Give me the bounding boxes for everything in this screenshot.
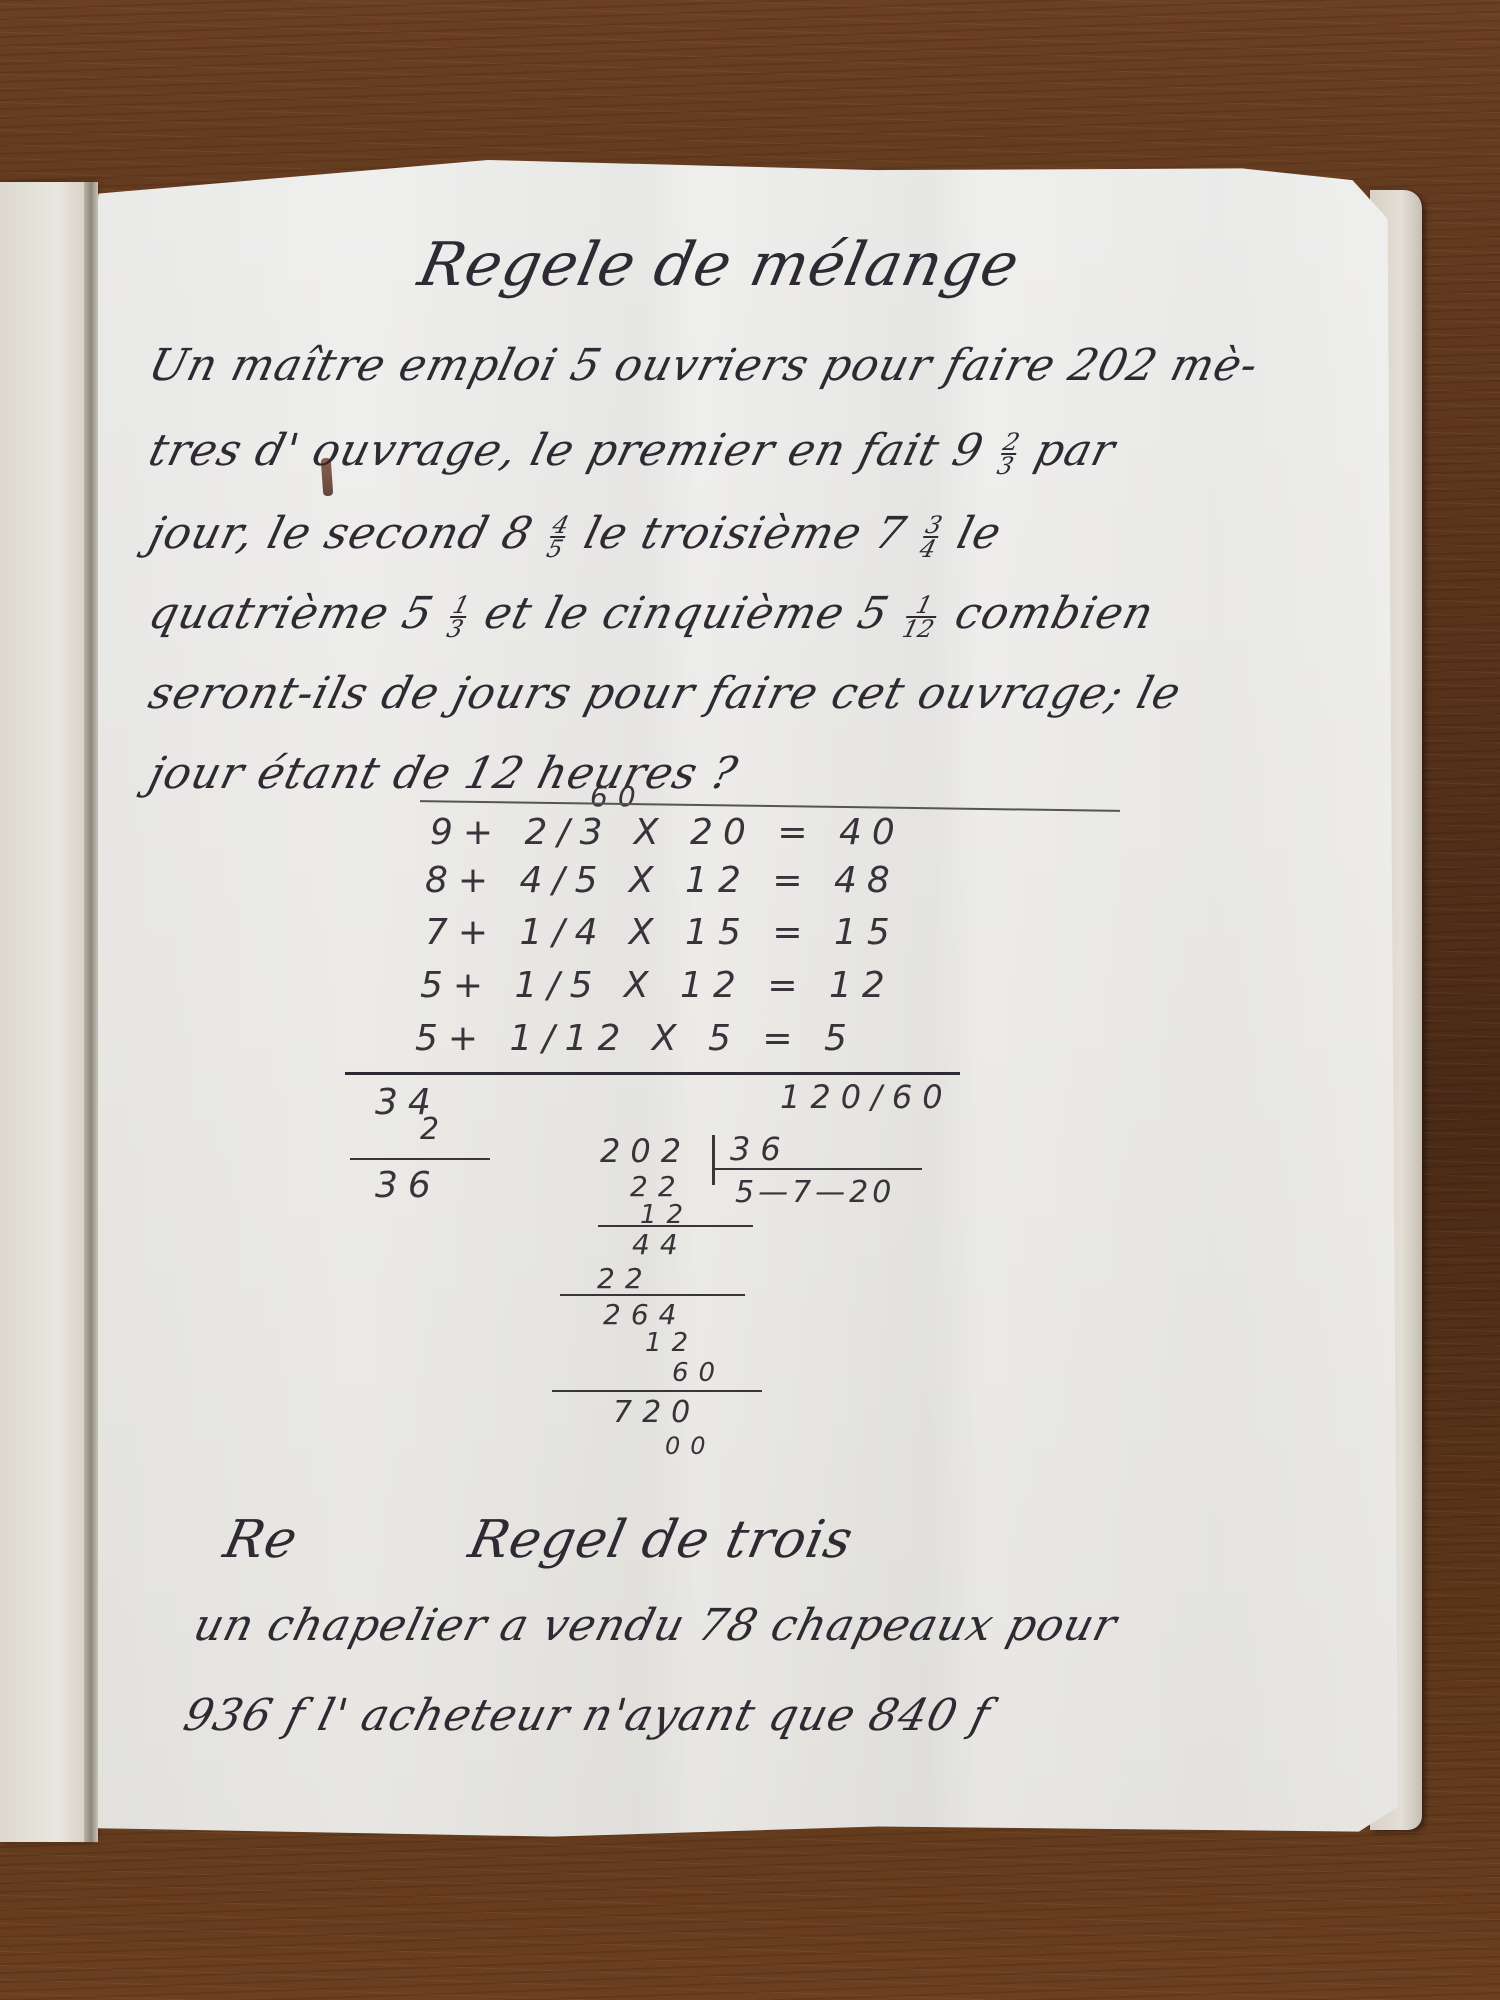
division-line: [598, 1225, 753, 1227]
problem-line-5: seront-ils de jours pour faire cet ouvra…: [144, 668, 1187, 719]
fraction: 112: [900, 594, 942, 640]
fraction: 23: [995, 431, 1022, 477]
problem-line-2: tres d' ouvrage, le premier en fait 9 23…: [144, 425, 1121, 477]
left-page-edge: [0, 182, 96, 1842]
calc-row-5: 5+ 1/12 X 5 = 5: [415, 1018, 857, 1059]
division-divisor: 36: [730, 1130, 791, 1168]
fraction: 34: [918, 514, 945, 560]
lcd-note: 60: [590, 780, 646, 813]
carry: 2: [420, 1112, 449, 1147]
notebook-binding: [84, 182, 98, 1842]
sum-fraction: 120/60: [780, 1078, 953, 1116]
total-whole: 36: [375, 1165, 441, 1206]
total-line: [350, 1158, 490, 1160]
division-line: [560, 1294, 745, 1296]
division-step: 22: [630, 1170, 686, 1203]
problem-line-3: jour, le second 8 45 le troisième 7 34 l…: [144, 508, 1007, 560]
problem-line-4: quatrième 5 13 et le cinquième 5 112 com…: [144, 588, 1160, 640]
division-step: 22: [597, 1262, 653, 1295]
division-quotient: 5—7—20: [735, 1175, 895, 1210]
division-bracket-vertical: [712, 1135, 715, 1185]
problem-line-1: Un maître emploi 5 ouvriers pour faire 2…: [144, 340, 1264, 391]
calc-row-2: 8+ 4/5 X 12 = 48: [425, 860, 900, 901]
fraction: 45: [545, 514, 572, 560]
problem-line-6: jour étant de 12 heures ?: [144, 748, 743, 799]
calc-row-4: 5+ 1/5 X 12 = 12: [420, 965, 895, 1006]
sum-line: [345, 1072, 960, 1075]
section-title-trois: Regel de trois: [464, 1510, 859, 1570]
division-step: 60: [672, 1358, 725, 1388]
calc-row-1: 9+ 2/3 X 20 = 40: [430, 812, 905, 853]
calc-row-3: 7+ 1/4 X 15 = 15: [425, 912, 900, 953]
division-bracket-horizontal: [712, 1168, 922, 1170]
division-dividend: 202: [600, 1132, 691, 1170]
division-step: 264: [603, 1298, 686, 1331]
section-title-melange: Regele de mélange: [413, 230, 1026, 300]
division-step: 00: [665, 1432, 716, 1460]
fraction: 13: [445, 594, 472, 640]
division-step: 720: [613, 1395, 700, 1430]
problem2-line-2: 936 f l' acheteur n'ayant que 840 f: [179, 1690, 996, 1741]
problem2-line-1: un chapelier a vendu 78 chapeaux pour: [189, 1600, 1123, 1651]
section-title-prefix: Re: [219, 1510, 304, 1570]
division-step: 12: [645, 1328, 698, 1358]
division-line: [552, 1390, 762, 1392]
division-step: 44: [632, 1228, 688, 1261]
